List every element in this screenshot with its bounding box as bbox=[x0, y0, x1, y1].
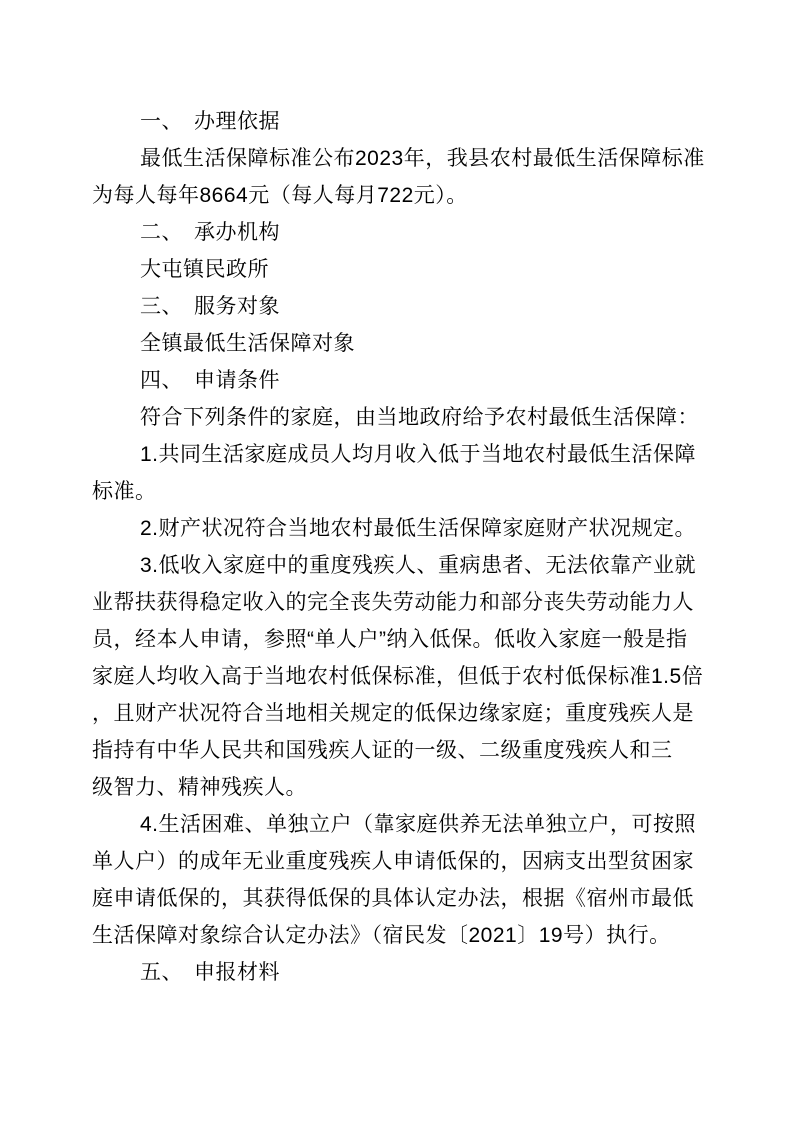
paragraph-line: 3.低收入家庭中的重度残疾人、重病患者、无法依靠产业就 bbox=[92, 547, 693, 584]
paragraph-line: 单人户）的成年无业重度残疾人申请低保的，因病支出型贫困家 bbox=[92, 843, 693, 880]
paragraph-line: 全镇最低生活保障对象 bbox=[92, 325, 693, 362]
paragraph-line: ，且财产状况符合当地相关规定的低保边缘家庭；重度残疾人是 bbox=[92, 695, 693, 732]
paragraph-line: 4.生活困难、单独立户（靠家庭供养无法单独立户，可按照 bbox=[92, 806, 693, 843]
paragraph-line: 1.共同生活家庭成员人均月收入低于当地农村最低生活保障 bbox=[92, 436, 693, 473]
paragraph-line: 为每人每年8664元（每人每月722元）。 bbox=[92, 177, 693, 214]
paragraph-line: 指持有中华人民共和国残疾人证的一级、二级重度残疾人和三 bbox=[92, 732, 693, 769]
section-heading-1: 一、 办理依据 bbox=[92, 103, 693, 140]
paragraph-line: 符合下列条件的家庭，由当地政府给予农村最低生活保障： bbox=[92, 399, 693, 436]
paragraph-line: 最低生活保障标准公布2023年，我县农村最低生活保障标准 bbox=[92, 140, 693, 177]
paragraph-line: 大屯镇民政所 bbox=[92, 251, 693, 288]
section-heading-5: 五、 申报材料 bbox=[92, 954, 693, 991]
paragraph-line: 业帮扶获得稳定收入的完全丧失劳动能力和部分丧失劳动能力人 bbox=[92, 584, 693, 621]
section-heading-2: 二、 承办机构 bbox=[92, 214, 693, 251]
paragraph-line: 级智力、精神残疾人。 bbox=[92, 769, 693, 806]
paragraph-line: 2.财产状况符合当地农村最低生活保障家庭财产状况规定。 bbox=[92, 510, 693, 547]
section-heading-4: 四、 申请条件 bbox=[92, 362, 693, 399]
paragraph-line: 家庭人均收入高于当地农村低保标准，但低于农村低保标准1.5倍 bbox=[92, 658, 693, 695]
paragraph-line: 庭申请低保的，其获得低保的具体认定办法，根据《宿州市最低 bbox=[92, 880, 693, 917]
paragraph-line: 标准。 bbox=[92, 473, 693, 510]
paragraph-line: 生活保障对象综合认定办法》（宿民发〔2021〕19号）执行。 bbox=[92, 917, 693, 954]
paragraph-line: 员，经本人申请，参照“单人户”纳入低保。低收入家庭一般是指 bbox=[92, 621, 693, 658]
document-page: 一、 办理依据 最低生活保障标准公布2023年，我县农村最低生活保障标准 为每人… bbox=[0, 0, 793, 1122]
section-heading-3: 三、 服务对象 bbox=[92, 288, 693, 325]
